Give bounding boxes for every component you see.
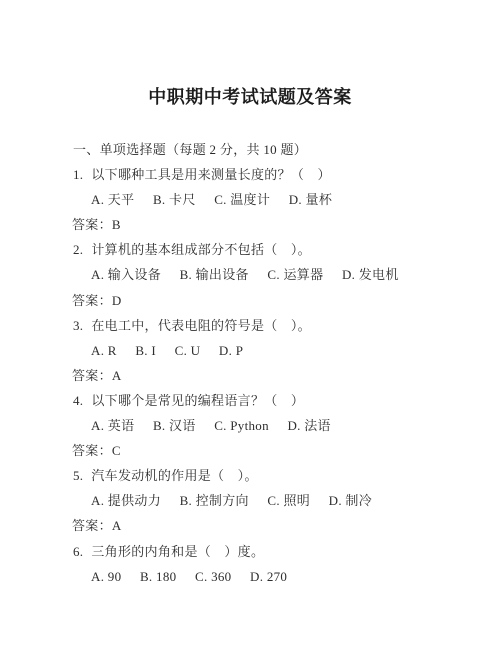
question-body: 计算机的基本组成部分不包括（ ）。 [91, 242, 311, 257]
option-d: D. 法语 [287, 413, 330, 438]
option-b: B. 控制方向 [180, 488, 249, 513]
question-body: 汽车发动机的作用是（ ）。 [91, 468, 257, 483]
answer-line: 答案：A [0, 513, 500, 538]
options-line: A. 提供动力 B. 控制方向 C. 照明 D. 制冷 [0, 488, 500, 513]
question-text: 3.在电工中，代表电阻的符号是（ ）。 [0, 313, 500, 338]
option-d: D. 270 [250, 564, 287, 589]
question-number: 6. [73, 539, 83, 564]
option-c: C. 温度计 [214, 187, 270, 212]
answer-line: 答案：A [0, 363, 500, 388]
question-block-1: 1.以下哪种工具是用来测量长度的？（ ） A. 天平 B. 卡尺 C. 温度计 … [0, 162, 500, 237]
answer-line: 答案：C [0, 438, 500, 463]
question-number: 3. [73, 313, 83, 338]
option-b: B. 输出设备 [180, 262, 249, 287]
option-a: A. 输入设备 [91, 262, 161, 287]
section-heading: 一、单项选择题（每题 2 分，共 10 题） [0, 137, 500, 162]
answer-line: 答案：B [0, 212, 500, 237]
question-text: 4.以下哪个是常见的编程语言？（ ） [0, 388, 500, 413]
question-text: 5.汽车发动机的作用是（ ）。 [0, 463, 500, 488]
question-body: 以下哪个是常见的编程语言？（ ） [91, 393, 304, 408]
question-block-3: 3.在电工中，代表电阻的符号是（ ）。 A. R B. I C. U D. P … [0, 313, 500, 388]
option-a: A. 提供动力 [91, 488, 161, 513]
option-d: D. 量杯 [289, 187, 332, 212]
option-a: A. 天平 [91, 187, 134, 212]
question-block-2: 2.计算机的基本组成部分不包括（ ）。 A. 输入设备 B. 输出设备 C. 运… [0, 237, 500, 312]
document-content: 一、单项选择题（每题 2 分，共 10 题） 1.以下哪种工具是用来测量长度的？… [0, 137, 500, 589]
options-line: A. 英语 B. 汉语 C. Python D. 法语 [0, 413, 500, 438]
option-a: A. R [91, 338, 117, 363]
question-block-5: 5.汽车发动机的作用是（ ）。 A. 提供动力 B. 控制方向 C. 照明 D.… [0, 463, 500, 538]
question-block-6: 6.三角形的内角和是（ ）度。 A. 90 B. 180 C. 360 D. 2… [0, 539, 500, 589]
options-line: A. 90 B. 180 C. 360 D. 270 [0, 564, 500, 589]
option-b: B. 卡尺 [153, 187, 196, 212]
question-block-4: 4.以下哪个是常见的编程语言？（ ） A. 英语 B. 汉语 C. Python… [0, 388, 500, 463]
option-c: C. Python [214, 413, 269, 438]
option-c: C. 360 [195, 564, 231, 589]
answer-line: 答案：D [0, 288, 500, 313]
options-line: A. 输入设备 B. 输出设备 C. 运算器 D. 发电机 [0, 262, 500, 287]
question-number: 1. [73, 162, 83, 187]
question-number: 2. [73, 237, 83, 262]
option-b: B. 汉语 [153, 413, 196, 438]
option-a: A. 90 [91, 564, 121, 589]
option-b: B. I [135, 338, 156, 363]
option-c: C. 照明 [267, 488, 310, 513]
question-body: 以下哪种工具是用来测量长度的？（ ） [91, 167, 330, 182]
question-body: 三角形的内角和是（ ）度。 [91, 544, 264, 559]
question-number: 4. [73, 388, 83, 413]
option-d: D. P [219, 338, 243, 363]
option-b: B. 180 [140, 564, 176, 589]
question-text: 6.三角形的内角和是（ ）度。 [0, 539, 500, 564]
document-title: 中职期中考试试题及答案 [0, 83, 500, 109]
option-c: C. U [175, 338, 201, 363]
option-d: D. 制冷 [329, 488, 372, 513]
question-text: 1.以下哪种工具是用来测量长度的？（ ） [0, 162, 500, 187]
question-body: 在电工中，代表电阻的符号是（ ）。 [91, 318, 311, 333]
exam-document-page: 中职期中考试试题及答案 一、单项选择题（每题 2 分，共 10 题） 1.以下哪… [0, 0, 500, 647]
question-number: 5. [73, 463, 83, 488]
option-c: C. 运算器 [267, 262, 323, 287]
option-a: A. 英语 [91, 413, 134, 438]
options-line: A. 天平 B. 卡尺 C. 温度计 D. 量杯 [0, 187, 500, 212]
question-text: 2.计算机的基本组成部分不包括（ ）。 [0, 237, 500, 262]
options-line: A. R B. I C. U D. P [0, 338, 500, 363]
option-d: D. 发电机 [342, 262, 399, 287]
